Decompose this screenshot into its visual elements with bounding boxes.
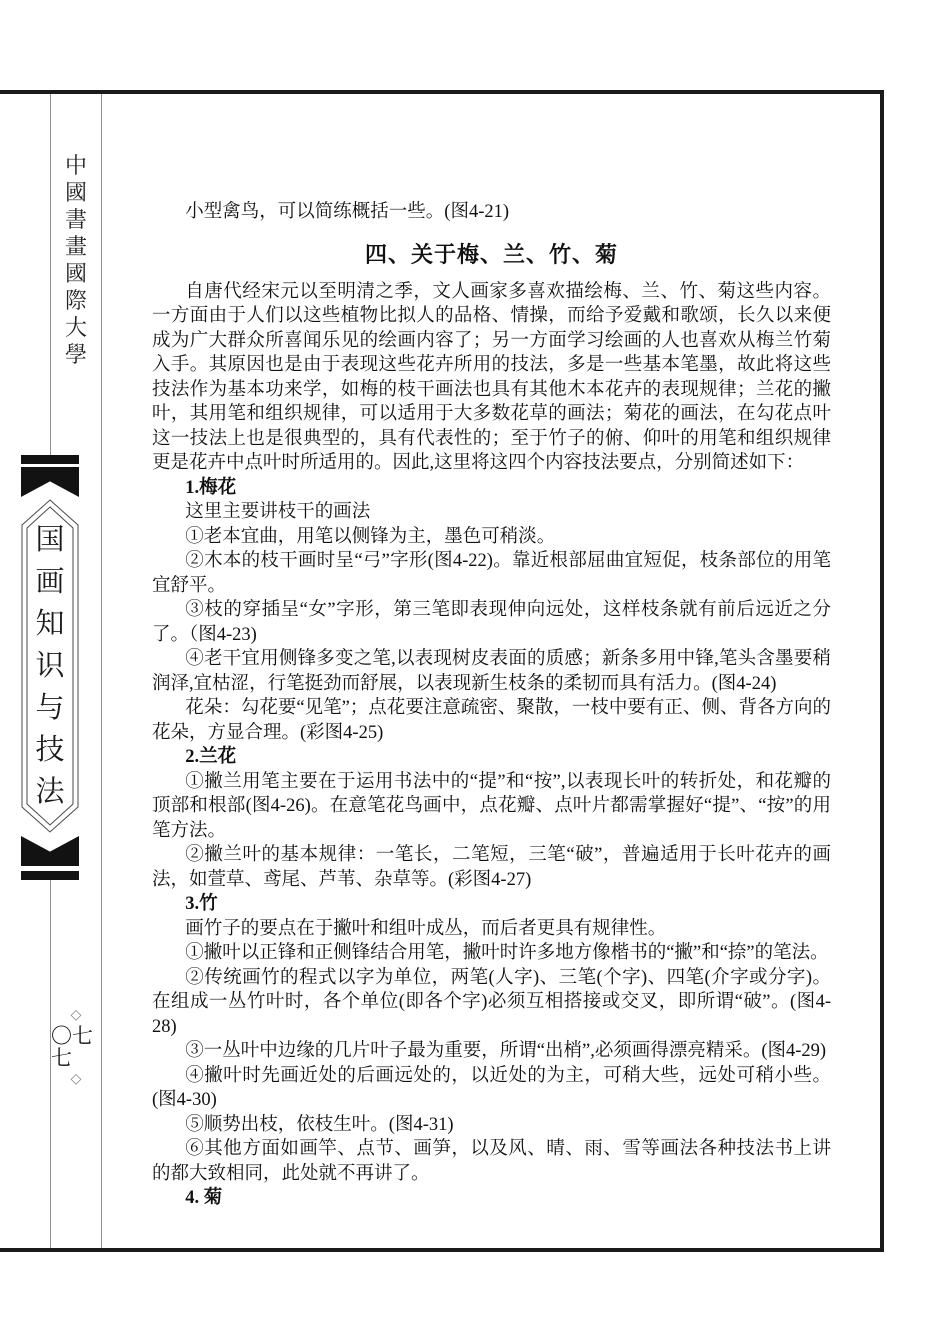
vertical-char: 知 bbox=[35, 610, 64, 639]
emblem-bottom-ribbon-icon bbox=[21, 836, 79, 866]
vertical-char: 中 bbox=[65, 155, 87, 177]
vertical-char: 画 bbox=[35, 568, 64, 597]
diamond-ornament-icon: ◇ bbox=[71, 1009, 82, 1023]
vertical-char: 技 bbox=[35, 736, 64, 765]
page-number-digits: 〇七七 bbox=[51, 1026, 101, 1070]
series-emblem: 国画知识与技法 bbox=[21, 455, 79, 880]
main-text-column: 小型禽鸟，可以简练概括一些。(图4-21) 四、关于梅、兰、竹、菊 自唐代经宋元… bbox=[152, 200, 831, 1211]
vertical-char: 七 bbox=[51, 1046, 72, 1070]
body-paragraph: ③一丛叶中边缘的几片叶子最为重要，所谓“出梢”,必须画得漂亮精采。(图4-29) bbox=[152, 1039, 831, 1064]
vertical-char: 國 bbox=[65, 263, 87, 285]
vertical-char: 识 bbox=[35, 652, 64, 681]
body-paragraph: 这里主要讲枝干的画法 bbox=[152, 500, 831, 525]
page-number: ◇ 〇七七 ◇ bbox=[51, 1006, 101, 1090]
vertical-char: 与 bbox=[35, 694, 64, 723]
vertical-char: 畫 bbox=[65, 236, 87, 258]
institution-name: 中國書畫國際大學 bbox=[51, 152, 101, 368]
body-paragraph: ⑥其他方面如画竿、点节、画笋，以及风、晴、雨、雪等画法各种技法书上讲的都大致相同… bbox=[152, 1137, 831, 1186]
section-heading: 4. 菊 bbox=[152, 1186, 831, 1211]
frame-bottom-border bbox=[0, 1248, 884, 1252]
frame-right-border bbox=[880, 90, 884, 1252]
body-paragraph: ①老本宜曲，用笔以侧锋为主，墨色可稍淡。 bbox=[152, 525, 831, 550]
body-paragraph: ①撇兰用笔主要在于运用书法中的“提”和“按”,以表现长叶的转折处，和花瓣的顶部和… bbox=[152, 770, 831, 844]
text-blocks: 自唐代经宋元以至明清之季，文人画家多喜欢描绘梅、兰、竹、菊这些内容。一方面由于人… bbox=[152, 280, 831, 1211]
sidebar-rule-right bbox=[101, 94, 102, 1248]
emblem-bottom-bar bbox=[21, 871, 79, 880]
vertical-char: 法 bbox=[35, 778, 64, 807]
body-paragraph: ②传统画竹的程式以字为单位，两笔(人字)、三笔(个字)、四笔(介字或分字)。在组… bbox=[152, 966, 831, 1040]
body-paragraph: ①撇叶以正锋和正侧锋结合用笔，撇叶时许多地方像楷书的“撇”和“捺”的笔法。 bbox=[152, 941, 831, 966]
body-paragraph: ⑤顺势出枝，依枝生叶。(图4-31) bbox=[152, 1113, 831, 1138]
body-paragraph: ②木本的枝干画时呈“弓”字形(图4-22)。靠近根部屈曲宜短促，枝条部位的用笔宜… bbox=[152, 549, 831, 598]
intro-paragraph: 小型禽鸟，可以简练概括一些。(图4-21) bbox=[152, 200, 831, 225]
section-heading: 2.兰花 bbox=[152, 745, 831, 770]
body-paragraph: ③枝的穿插呈“女”字形，第三笔即表现伸向远处，这样枝条就有前后远近之分了。（图4… bbox=[152, 598, 831, 647]
section-heading: 3.竹 bbox=[152, 892, 831, 917]
emblem-top-bar bbox=[21, 455, 79, 464]
vertical-char: 〇 bbox=[51, 1024, 72, 1048]
emblem-hexagon: 国画知识与技法 bbox=[21, 499, 79, 833]
vertical-char: 際 bbox=[65, 290, 87, 312]
body-paragraph: ②撇兰叶的基本规律：一笔长，二笔短，三笔“破”，普遍适用于长叶花卉的画法，如萱草… bbox=[152, 843, 831, 892]
vertical-char: 国 bbox=[35, 526, 64, 555]
book-page: 中國書畫國際大學 国画知识与技法 ◇ 〇七七 ◇ 小型禽鸟，可以简练概括一些。(… bbox=[0, 0, 950, 1344]
frame-top-border bbox=[0, 90, 884, 94]
vertical-char: 七 bbox=[72, 1024, 93, 1048]
series-title: 国画知识与技法 bbox=[21, 499, 79, 833]
diamond-ornament-icon: ◇ bbox=[71, 1073, 82, 1087]
emblem-top-ribbon-icon bbox=[21, 467, 79, 497]
body-paragraph: 自唐代经宋元以至明清之季，文人画家多喜欢描绘梅、兰、竹、菊这些内容。一方面由于人… bbox=[152, 280, 831, 476]
vertical-char: 國 bbox=[65, 182, 87, 204]
body-paragraph: ④撇叶时先画近处的后画远处的，以近处的为主，可稍大些，远处可稍小些。(图4-30… bbox=[152, 1064, 831, 1113]
section-heading: 1.梅花 bbox=[152, 476, 831, 501]
chapter-title: 四、关于梅、兰、竹、菊 bbox=[152, 240, 831, 270]
body-paragraph: 花朵：勾花要“见笔”；点花要注意疏密、聚散，一枝中要有正、侧、背各方向的花朵，方… bbox=[152, 696, 831, 745]
body-paragraph: ④老干宜用侧锋多变之笔,以表现树皮表面的质感；新条多用中锋,笔头含墨要稍润泽,宜… bbox=[152, 647, 831, 696]
body-paragraph: 画竹子的要点在于撇叶和组叶成丛，而后者更具有规律性。 bbox=[152, 917, 831, 942]
vertical-char: 學 bbox=[65, 344, 87, 366]
vertical-char: 大 bbox=[65, 317, 87, 339]
vertical-char: 書 bbox=[65, 209, 87, 231]
